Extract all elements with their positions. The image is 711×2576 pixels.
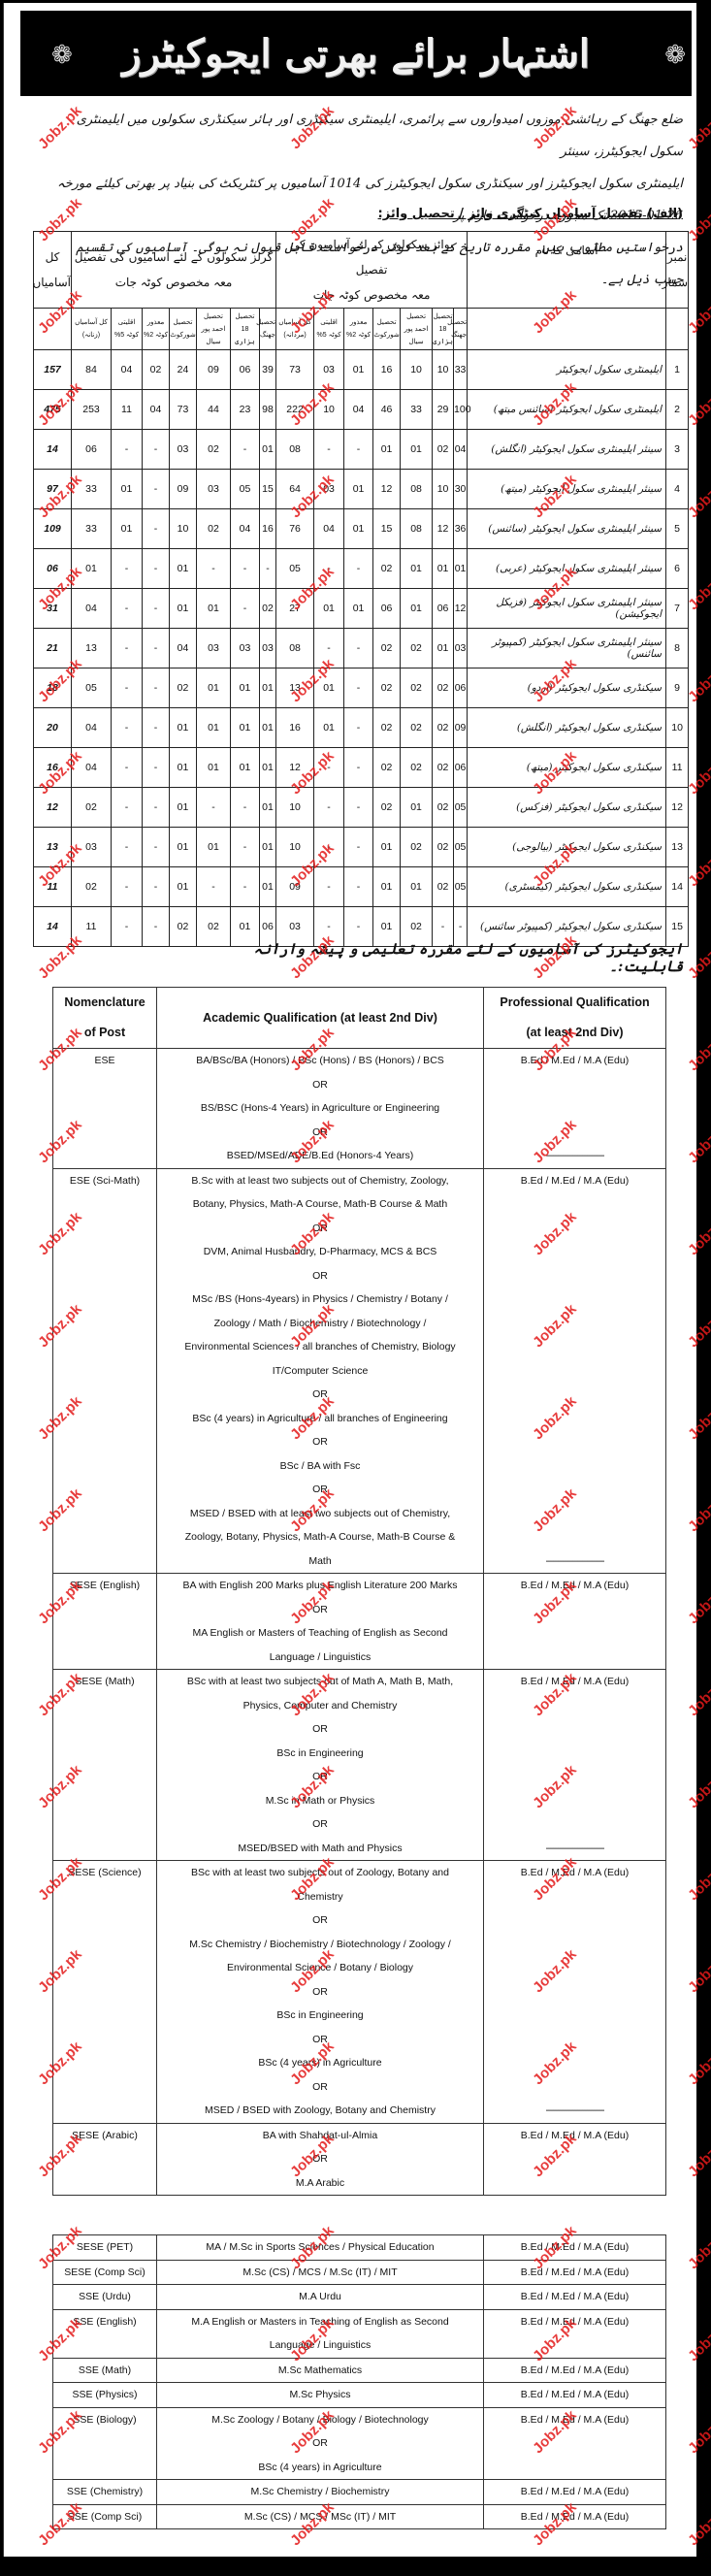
boys-cell: 02: [433, 668, 454, 708]
boys-cell: -: [344, 708, 373, 748]
post-name-cell: سیکنڈری سکول ایجوکیٹر (انگلش): [468, 708, 666, 748]
boys-cell: 04: [314, 509, 344, 549]
girls-cell: 06: [72, 430, 112, 470]
girls-cell: -: [112, 549, 143, 589]
academic-cell: M.Sc (CS) / MCS / MSc (IT) / MIT: [157, 2504, 484, 2529]
girls-cell: 01: [170, 748, 197, 788]
girls-cell: -: [197, 788, 231, 828]
intro-line: ایلیمنٹری سکول ایجوکیٹرز اور سیکنڈری سکو…: [43, 168, 683, 232]
girls-cell: -: [112, 748, 143, 788]
boys-cell: 02: [373, 549, 401, 589]
boys-cell: 06: [454, 668, 468, 708]
girls-cell: 01: [197, 828, 231, 867]
boys-cell: -: [314, 748, 344, 788]
watermark: Jobz.pk: [685, 103, 711, 153]
banner-title: اشتہار برائے بھرتی ایجوکیٹرز: [122, 31, 590, 77]
girls-cell: 01: [197, 748, 231, 788]
girls-cell: -: [143, 629, 170, 668]
boys-cell: 30: [454, 470, 468, 509]
girls-cell: 44: [197, 390, 231, 430]
girls-cell: 01: [170, 828, 197, 867]
boys-cell: 05: [454, 828, 468, 867]
post-cell: SESE (English): [53, 1574, 157, 1670]
boys-cell: 04: [344, 390, 373, 430]
boys-cell: 16: [276, 708, 314, 748]
watermark: Jobz.pk: [685, 1025, 711, 1075]
table-row: 1805--020101011301-02020206سیکنڈری سکول …: [34, 668, 689, 708]
watermark: Jobz.pk: [685, 1209, 711, 1259]
girls-cell: 02: [72, 788, 112, 828]
girls-cell: 02: [170, 907, 197, 947]
boys-cell: -: [344, 549, 373, 589]
header-boys-group: بوائز سکولوں کے لئے آسامیوں کی تفصیلمعہ …: [276, 232, 468, 309]
qualification-row: SESE (Comp Sci)M.Sc (CS) / MCS / M.Sc (I…: [53, 2260, 666, 2285]
post-name-cell: سینئر ایلیمنٹری سکول ایجوکیٹر (کمپیوٹر س…: [468, 629, 666, 668]
post-cell: SSE (Urdu): [53, 2285, 157, 2310]
girls-cell: -: [112, 828, 143, 867]
girls-cell: -: [143, 907, 170, 947]
qualification-row: SSE (Urdu)M.A UrduB.Ed / M.Ed / M.A (Edu…: [53, 2285, 666, 2310]
table-row: 4752531104734423982221004463329100ایلیمن…: [34, 390, 689, 430]
qualification-row: SESE (Science)BSc with at least two subj…: [53, 1861, 666, 2124]
professional-cell: B.Ed / M.Ed / M.A (Edu)-----------------…: [484, 1861, 666, 2124]
boys-cell: 01: [401, 589, 433, 629]
header-girls-group: گرلز سکولوں کے لئے آسامیوں کی تفصیلمعہ م…: [72, 232, 276, 309]
academic-cell: M.Sc Mathematics: [157, 2358, 484, 2383]
serial-cell: 6: [666, 549, 689, 589]
boys-cell: 02: [433, 748, 454, 788]
boys-cell: -: [344, 629, 373, 668]
total-cell: 475: [34, 390, 72, 430]
girls-cell: -: [143, 549, 170, 589]
girls-cell: -: [260, 549, 276, 589]
boys-cell: 27: [276, 589, 314, 629]
qualification-row: ESE (Sci-Math)B.Sc with at least two sub…: [53, 1168, 666, 1574]
total-cell: 97: [34, 470, 72, 509]
boys-cell: 01: [373, 867, 401, 907]
professional-cell: B.Ed / M.Ed / M.A (Edu): [484, 2504, 666, 2529]
girls-cell: 24: [170, 350, 197, 390]
girls-cell: 04: [170, 629, 197, 668]
girls-cell: -: [112, 629, 143, 668]
boys-cell: 06: [433, 589, 454, 629]
qualification-row: SSE (English)M.A English or Masters in T…: [53, 2309, 666, 2358]
girls-cell: 05: [72, 668, 112, 708]
girls-cell: -: [112, 788, 143, 828]
post-cell: ESE: [53, 1049, 157, 1169]
boys-cell: 46: [373, 390, 401, 430]
watermark: Jobz.pk: [685, 1485, 711, 1536]
girls-cell: 04: [72, 589, 112, 629]
boys-cell: -: [314, 867, 344, 907]
academic-cell: M.A English or Masters in Teaching of En…: [157, 2309, 484, 2358]
boys-cell: 03: [314, 470, 344, 509]
girls-cell: 02: [143, 350, 170, 390]
girls-cell: 33: [72, 509, 112, 549]
girls-cell: 01: [112, 470, 143, 509]
watermark: Jobz.pk: [685, 1854, 711, 1905]
total-cell: 21: [34, 629, 72, 668]
girls-cell: -: [197, 549, 231, 589]
girls-cell: -: [112, 867, 143, 907]
boys-cell: 05: [454, 867, 468, 907]
professional-cell: B.Ed / M.Ed / M.A (Edu): [484, 2309, 666, 2358]
boys-cell: 100: [454, 390, 468, 430]
girls-cell: 01: [112, 509, 143, 549]
watermark: Jobz.pk: [685, 748, 711, 799]
table-row: 1604--0101010112--02020206سیکنڈری سکول ا…: [34, 748, 689, 788]
watermark: Jobz.pk: [685, 1393, 711, 1444]
post-name-cell: سیکنڈری سکول ایجوکیٹر (کیمسٹری): [468, 867, 666, 907]
post-name-cell: ایلیمنٹری سکول ایجوکیٹر: [468, 350, 666, 390]
subheader-blank: [666, 309, 689, 350]
table-row: 973301-0903051564030112081030سینئر ایلیم…: [34, 470, 689, 509]
academic-cell: MA / M.Sc in Sports Sciences / Physical …: [157, 2235, 484, 2261]
total-cell: 157: [34, 350, 72, 390]
watermark: Jobz.pk: [685, 840, 711, 891]
professional-cell: B.Ed / M.Ed / M.A (Edu): [484, 2260, 666, 2285]
subheader-girls: تحصیل جھنگ: [260, 309, 276, 350]
boys-cell: 01: [373, 430, 401, 470]
boys-cell: 13: [276, 668, 314, 708]
academic-cell: M.A Urdu: [157, 2285, 484, 2310]
boys-cell: 15: [373, 509, 401, 549]
title-banner: ❁ اشتہار برائے بھرتی ایجوکیٹرز ❁: [20, 11, 692, 96]
academic-cell: M.Sc Zoology / Botany / Biology / Biotec…: [157, 2407, 484, 2480]
serial-cell: 4: [666, 470, 689, 509]
girls-cell: 11: [72, 907, 112, 947]
qualification-row: SESE (English)BA with English 200 Marks …: [53, 1574, 666, 1670]
girls-cell: -: [231, 430, 260, 470]
post-name-cell: سینئر ایلیمنٹری سکول ایجوکیٹر (انگلش): [468, 430, 666, 470]
serial-cell: 5: [666, 509, 689, 549]
boys-cell: 02: [401, 748, 433, 788]
girls-cell: 01: [260, 668, 276, 708]
post-name-cell: سینئر ایلیمنٹری سکول ایجوکیٹر (سائنس): [468, 509, 666, 549]
boys-cell: 76: [276, 509, 314, 549]
header-serial: نمبر شمار: [666, 232, 689, 309]
total-cell: 109: [34, 509, 72, 549]
boys-cell: -: [314, 549, 344, 589]
boys-cell: 01: [433, 549, 454, 589]
boys-cell: -: [344, 828, 373, 867]
serial-cell: 9: [666, 668, 689, 708]
qualification-row: SESE (PET)MA / M.Sc in Sports Sciences /…: [53, 2235, 666, 2261]
girls-cell: 33: [72, 470, 112, 509]
academic-cell: M.Sc (CS) / MCS / M.Sc (IT) / MIT: [157, 2260, 484, 2285]
boys-cell: 36: [454, 509, 468, 549]
boys-cell: 09: [454, 708, 468, 748]
girls-cell: -: [112, 708, 143, 748]
boys-cell: 08: [401, 470, 433, 509]
boys-cell: 222: [276, 390, 314, 430]
professional-cell: B.Ed / M.Ed / M.A (Edu): [484, 2235, 666, 2261]
table-row: 2113--0403030308--02020103سینئر ایلیمنٹر…: [34, 629, 689, 668]
subheader-girls: تحصیل احمد پور سیال: [197, 309, 231, 350]
watermark: Jobz.pk: [685, 1762, 711, 1812]
girls-cell: 16: [260, 509, 276, 549]
girls-cell: 01: [260, 788, 276, 828]
girls-cell: 02: [260, 589, 276, 629]
post-name-cell: سیکنڈری سکول ایجوکیٹر (میتھ): [468, 748, 666, 788]
professional-cell: B.Ed / M.Ed / M.A (Edu): [484, 2407, 666, 2480]
qualification-row: SESE (Arabic)BA with Shahdat-ul-AlmiaORM…: [53, 2123, 666, 2196]
girls-cell: -: [143, 867, 170, 907]
subheader-blank: [34, 309, 72, 350]
girls-cell: 04: [231, 509, 260, 549]
girls-cell: 04: [72, 708, 112, 748]
watermark: Jobz.pk: [685, 379, 711, 430]
professional-cell: B.Ed / M.Ed / M.A (Edu): [484, 1574, 666, 1670]
girls-cell: 01: [260, 867, 276, 907]
boys-cell: 01: [314, 708, 344, 748]
watermark: Jobz.pk: [685, 932, 711, 983]
girls-cell: -: [231, 549, 260, 589]
boys-cell: 01: [344, 589, 373, 629]
boys-cell: -: [314, 828, 344, 867]
serial-cell: 11: [666, 748, 689, 788]
post-cell: SESE (Comp Sci): [53, 2260, 157, 2285]
girls-cell: 01: [231, 748, 260, 788]
girls-cell: 23: [231, 390, 260, 430]
girls-cell: -: [112, 907, 143, 947]
girls-cell: 15: [260, 470, 276, 509]
girls-cell: -: [197, 867, 231, 907]
boys-cell: 05: [454, 788, 468, 828]
serial-cell: 2: [666, 390, 689, 430]
boys-cell: 02: [373, 668, 401, 708]
boys-cell: 01: [401, 867, 433, 907]
total-cell: 16: [34, 748, 72, 788]
girls-cell: 01: [170, 549, 197, 589]
boys-cell: 01: [344, 350, 373, 390]
boys-cell: 12: [276, 748, 314, 788]
girls-cell: 11: [112, 390, 143, 430]
girls-cell: 84: [72, 350, 112, 390]
girls-cell: 01: [260, 708, 276, 748]
post-cell: SSE (Biology): [53, 2407, 157, 2480]
girls-cell: -: [231, 788, 260, 828]
table-row: 1578404022409063973030116101033ایلیمنٹری…: [34, 350, 689, 390]
ornament-icon: ❁: [664, 40, 686, 70]
girls-cell: 03: [197, 629, 231, 668]
boys-cell: 29: [433, 390, 454, 430]
post-name-cell: سیکنڈری سکول ایجوکیٹر (اردو): [468, 668, 666, 708]
girls-cell: 39: [260, 350, 276, 390]
professional-cell: B.Ed / M.Ed / M.A (Edu)-----------------…: [484, 1168, 666, 1574]
boys-cell: 08: [401, 509, 433, 549]
total-cell: 14: [34, 430, 72, 470]
total-cell: 31: [34, 589, 72, 629]
academic-cell: BA/BSc/BA (Honors) / BSc (Hons) / BS (Ho…: [157, 1049, 484, 1169]
post-name-cell: سینئر ایلیمنٹری سکول ایجوکیٹر (عربی): [468, 549, 666, 589]
serial-cell: 8: [666, 629, 689, 668]
academic-cell: M.Sc Physics: [157, 2383, 484, 2408]
table-row: 3104--0101-0227010106010612سینئر ایلیمنٹ…: [34, 589, 689, 629]
professional-cell: B.Ed / M.Ed / M.A (Edu)-----------------…: [484, 1049, 666, 1169]
table-row: 1406--0302-0108--01010204سینئر ایلیمنٹری…: [34, 430, 689, 470]
boys-cell: 04: [454, 430, 468, 470]
girls-cell: 98: [260, 390, 276, 430]
professional-cell: B.Ed / M.Ed / M.A (Edu): [484, 2383, 666, 2408]
boys-cell: 01: [344, 509, 373, 549]
girls-cell: -: [143, 788, 170, 828]
post-cell: SSE (Comp Sci): [53, 2504, 157, 2529]
academic-cell: BSc with at least two subjects out of Ma…: [157, 1670, 484, 1861]
qualification-row: SSE (Physics)M.Sc PhysicsB.Ed / M.Ed / M…: [53, 2383, 666, 2408]
girls-cell: 01: [231, 668, 260, 708]
subheader-girls: تحصیل 18 ہزاری: [231, 309, 260, 350]
post-cell: ESE (Sci-Math): [53, 1168, 157, 1574]
post-cell: SESE (Math): [53, 1670, 157, 1861]
professional-cell: B.Ed / M.Ed / M.A (Edu): [484, 2285, 666, 2310]
girls-cell: 04: [112, 350, 143, 390]
post-name-cell: سینئر ایلیمنٹری سکول ایجوکیٹر (میتھ): [468, 470, 666, 509]
girls-cell: 09: [197, 350, 231, 390]
girls-cell: 02: [197, 430, 231, 470]
boys-cell: 12: [373, 470, 401, 509]
watermark: Jobz.pk: [685, 195, 711, 245]
qualification-row: SSE (Comp Sci)M.Sc (CS) / MCS / MSc (IT)…: [53, 2504, 666, 2529]
girls-cell: 02: [72, 867, 112, 907]
girls-cell: 04: [143, 390, 170, 430]
girls-cell: 01: [170, 708, 197, 748]
professional-cell: B.Ed / M.Ed / M.A (Edu): [484, 2123, 666, 2196]
boys-cell: 10: [276, 788, 314, 828]
academic-cell: B.Sc with at least two subjects out of C…: [157, 1168, 484, 1574]
professional-cell: B.Ed / M.Ed / M.A (Edu): [484, 2358, 666, 2383]
watermark: Jobz.pk: [685, 1301, 711, 1352]
qualification-row: SSE (Math)M.Sc MathematicsB.Ed / M.Ed / …: [53, 2358, 666, 2383]
boys-cell: -: [344, 788, 373, 828]
subheader-boys: معذور کوٹہ 2%: [344, 309, 373, 350]
watermark: Jobz.pk: [685, 2131, 711, 2181]
post-name-cell: ایلیمنٹری سکول ایجوکیٹر (سائنس میتھ): [468, 390, 666, 430]
watermark: Jobz.pk: [685, 2223, 711, 2273]
total-cell: 11: [34, 867, 72, 907]
girls-cell: 09: [170, 470, 197, 509]
girls-cell: 01: [170, 788, 197, 828]
girls-cell: 01: [197, 668, 231, 708]
total-cell: 20: [34, 708, 72, 748]
qualification-row: SSE (Biology)M.Sc Zoology / Botany / Bio…: [53, 2407, 666, 2480]
watermark: Jobz.pk: [685, 1946, 711, 1997]
serial-cell: 3: [666, 430, 689, 470]
qualification-table-continued: SESE (PET)MA / M.Sc in Sports Sciences /…: [52, 2234, 666, 2529]
boys-cell: 01: [454, 549, 468, 589]
boys-cell: 02: [433, 867, 454, 907]
qualification-row: SSE (Chemistry)M.Sc Chemistry / Biochemi…: [53, 2480, 666, 2505]
girls-cell: -: [112, 668, 143, 708]
academic-cell: M.Sc Chemistry / Biochemistry: [157, 2480, 484, 2505]
qualification-row: ESEBA/BSc/BA (Honors) / BSc (Hons) / BS …: [53, 1049, 666, 1169]
watermark: Jobz.pk: [685, 656, 711, 706]
girls-cell: 01: [197, 589, 231, 629]
girls-cell: 01: [170, 589, 197, 629]
boys-cell: 03: [454, 629, 468, 668]
boys-cell: 10: [433, 350, 454, 390]
boys-cell: 08: [276, 629, 314, 668]
vacancy-table: کل آسامیاں گرلز سکولوں کے لئے آسامیوں کی…: [33, 231, 689, 947]
post-cell: SSE (English): [53, 2309, 157, 2358]
girls-cell: 01: [72, 549, 112, 589]
post-cell: SSE (Math): [53, 2358, 157, 2383]
total-cell: 18: [34, 668, 72, 708]
boys-cell: 10: [401, 350, 433, 390]
boys-cell: -: [314, 788, 344, 828]
boys-cell: 02: [433, 788, 454, 828]
girls-cell: -: [143, 589, 170, 629]
girls-cell: -: [143, 708, 170, 748]
qualification-row: SESE (Math)BSc with at least two subject…: [53, 1670, 666, 1861]
boys-cell: 02: [401, 629, 433, 668]
subheader-blank: [468, 309, 666, 350]
qualification-section-title: ایجوکیٹرز کی آسامیوں کے لئے مقررہ تعلیمی…: [198, 940, 683, 975]
boys-cell: 33: [454, 350, 468, 390]
post-name-cell: سیکنڈری سکول ایجوکیٹر (بیالوجی): [468, 828, 666, 867]
girls-cell: 73: [170, 390, 197, 430]
boys-cell: -: [344, 867, 373, 907]
girls-cell: 01: [170, 867, 197, 907]
boys-cell: 01: [401, 430, 433, 470]
serial-cell: 7: [666, 589, 689, 629]
boys-cell: 01: [433, 629, 454, 668]
girls-cell: -: [143, 470, 170, 509]
watermark: Jobz.pk: [685, 1670, 711, 1720]
academic-cell: BA with Shahdat-ul-AlmiaORM.A Arabic: [157, 2123, 484, 2196]
total-cell: 06: [34, 549, 72, 589]
subheader-boys: تحصیل جھنگ: [454, 309, 468, 350]
boys-cell: 12: [433, 509, 454, 549]
boys-cell: 10: [276, 828, 314, 867]
girls-cell: 01: [260, 748, 276, 788]
watermark: Jobz.pk: [685, 1578, 711, 1628]
boys-cell: 73: [276, 350, 314, 390]
subheader-girls: اقلیتی کوٹہ 5%: [112, 309, 143, 350]
watermark: Jobz.pk: [685, 2499, 711, 2550]
professional-cell: B.Ed / M.Ed / M.A (Edu)-----------------…: [484, 1670, 666, 1861]
header-total: کل آسامیاں: [34, 232, 72, 309]
girls-cell: 03: [197, 470, 231, 509]
total-cell: 14: [34, 907, 72, 947]
table-row: 2004--010101011601-02020209سیکنڈری سکول …: [34, 708, 689, 748]
girls-cell: 02: [170, 668, 197, 708]
girls-cell: 03: [260, 629, 276, 668]
girls-cell: 253: [72, 390, 112, 430]
subheader-boys: کل آسامیاں (مردانہ): [276, 309, 314, 350]
girls-cell: 03: [72, 828, 112, 867]
boys-cell: 02: [373, 629, 401, 668]
boys-cell: -: [344, 430, 373, 470]
girls-cell: 01: [260, 430, 276, 470]
post-cell: SESE (PET): [53, 2235, 157, 2261]
boys-cell: 05: [276, 549, 314, 589]
subheader-girls: کل آسامیاں (زنانہ): [72, 309, 112, 350]
girls-cell: 01: [260, 828, 276, 867]
post-cell: SSE (Chemistry): [53, 2480, 157, 2505]
girls-cell: -: [143, 668, 170, 708]
table-row: 1303--0101-0110--01020205سیکنڈری سکول ای…: [34, 828, 689, 867]
subheader-girls: معذور کوٹہ 2%: [143, 309, 170, 350]
girls-cell: 06: [231, 350, 260, 390]
girls-cell: -: [231, 867, 260, 907]
girls-cell: -: [143, 509, 170, 549]
table-row: 1102--01--0109--01010205سیکنڈری سکول ایج…: [34, 867, 689, 907]
boys-cell: 06: [454, 748, 468, 788]
girls-cell: 04: [72, 748, 112, 788]
ornament-icon: ❁: [51, 40, 73, 70]
girls-cell: 13: [72, 629, 112, 668]
